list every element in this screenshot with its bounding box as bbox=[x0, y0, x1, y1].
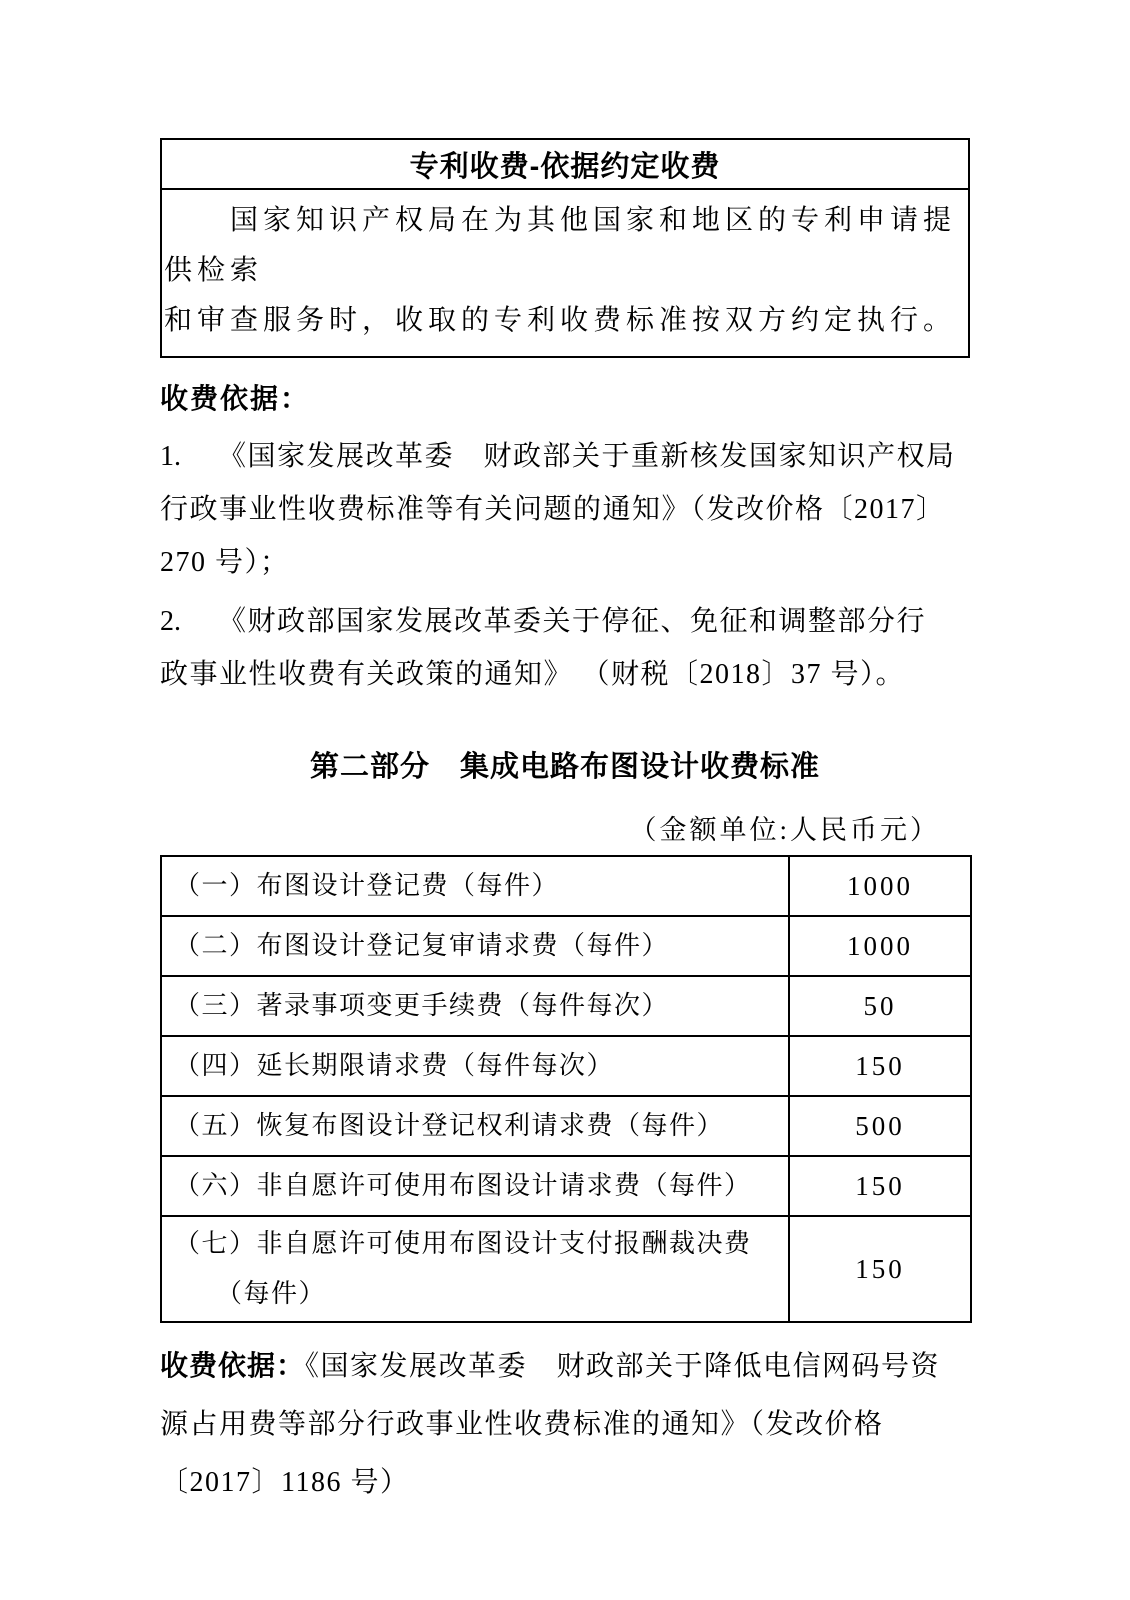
patent-fee-box-body: 国家知识产权局在为其他国家和地区的专利申请提供检索 和审查服务时，收取的专利收费… bbox=[161, 189, 969, 357]
table-row: （四）延长期限请求费（每件每次） 150 bbox=[161, 1036, 971, 1096]
fee-amount-cell: 150 bbox=[789, 1036, 971, 1096]
fee-amount-cell: 1000 bbox=[789, 916, 971, 976]
patent-fee-box: 专利收费-依据约定收费 国家知识产权局在为其他国家和地区的专利申请提供检索 和审… bbox=[160, 138, 970, 358]
basis-item-2-number: 2. bbox=[160, 595, 218, 648]
fee-amount-cell: 500 bbox=[789, 1096, 971, 1156]
fee-amount-cell: 50 bbox=[789, 976, 971, 1036]
table-row: 国家知识产权局在为其他国家和地区的专利申请提供检索 和审查服务时，收取的专利收费… bbox=[161, 189, 969, 357]
unit-note: （金额单位:人民币元） bbox=[160, 811, 970, 849]
table-row: （六）非自愿许可使用布图设计请求费（每件） 150 bbox=[161, 1156, 971, 1216]
table-row: （五）恢复布图设计登记权利请求费（每件） 500 bbox=[161, 1096, 971, 1156]
fee-item-cell: （二）布图设计登记复审请求费（每件） bbox=[161, 916, 789, 976]
fee-amount-cell: 150 bbox=[789, 1156, 971, 1216]
fee-item-cell: （三）著录事项变更手续费（每件每次） bbox=[161, 976, 789, 1036]
layout-design-fee-table: （一）布图设计登记费（每件） 1000 （二）布图设计登记复审请求费（每件） 1… bbox=[160, 855, 972, 1323]
table-row: （一）布图设计登记费（每件） 1000 bbox=[161, 856, 971, 916]
basis-item-2: 2.《财政部国家发展改革委关于停征、免征和调整部分行 政事业性收费有关政策的通知… bbox=[160, 595, 970, 701]
fee-item-cell: （七）非自愿许可使用布图设计支付报酬裁决费 （每件） bbox=[161, 1216, 789, 1322]
table-row: （三）著录事项变更手续费（每件每次） 50 bbox=[161, 976, 971, 1036]
fee-item-cell: （六）非自愿许可使用布图设计请求费（每件） bbox=[161, 1156, 789, 1216]
table-row: （七）非自愿许可使用布图设计支付报酬裁决费 （每件） 150 bbox=[161, 1216, 971, 1322]
basis-heading: 收费依据： bbox=[160, 374, 970, 424]
footer-basis: 收费依据：《国家发展改革委 财政部关于降低电信网码号资 源占用费等部分行政事业性… bbox=[160, 1337, 970, 1512]
fee-amount-cell: 150 bbox=[789, 1216, 971, 1322]
fee-item-cell: （四）延长期限请求费（每件每次） bbox=[161, 1036, 789, 1096]
basis-item-2-text: 《财政部国家发展改革委关于停征、免征和调整部分行 政事业性收费有关政策的通知》 … bbox=[160, 606, 926, 690]
section-title: 第二部分 集成电路布图设计收费标准 bbox=[160, 745, 970, 789]
table-row: 专利收费-依据约定收费 bbox=[161, 139, 969, 189]
fee-item-cell: （五）恢复布图设计登记权利请求费（每件） bbox=[161, 1096, 789, 1156]
document-page: 专利收费-依据约定收费 国家知识产权局在为其他国家和地区的专利申请提供检索 和审… bbox=[0, 0, 1130, 1600]
table-row: （二）布图设计登记复审请求费（每件） 1000 bbox=[161, 916, 971, 976]
patent-fee-box-title: 专利收费-依据约定收费 bbox=[161, 139, 969, 189]
basis-item-1-text: 《国家发展改革委 财政部关于重新核发国家知识产权局 行政事业性收费标准等有关问题… bbox=[160, 441, 956, 578]
basis-item-1-number: 1. bbox=[160, 430, 218, 483]
fee-amount-cell: 1000 bbox=[789, 856, 971, 916]
basis-item-1: 1.《国家发展改革委 财政部关于重新核发国家知识产权局 行政事业性收费标准等有关… bbox=[160, 430, 970, 589]
footer-basis-label: 收费依据： bbox=[160, 1350, 305, 1381]
fee-item-cell: （一）布图设计登记费（每件） bbox=[161, 856, 789, 916]
